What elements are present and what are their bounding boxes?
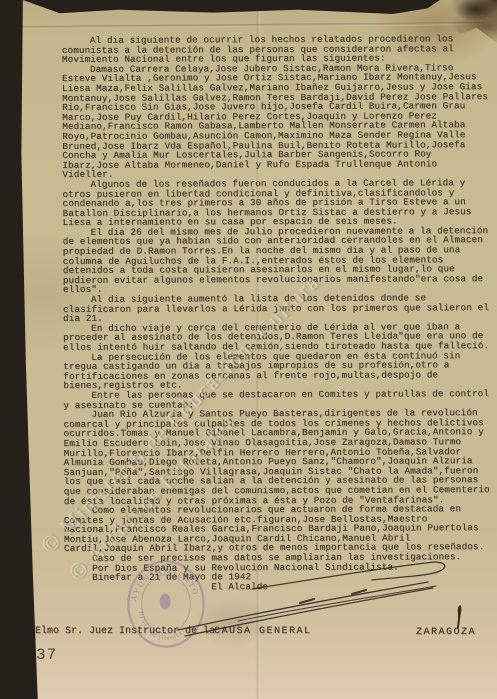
document-page: Al dia siguiente de ocurrir los hechos r… — [0, 0, 497, 699]
ayuntamiento-stamp: AYUNTAMIENTO BINEFAR (Huesca) — [124, 558, 208, 650]
paper-crease — [18, 22, 484, 29]
stamp-center-blob — [160, 594, 171, 610]
footer-cause-general: CAUSA GENERAL — [214, 626, 312, 637]
typed-paragraph: Al dia siguiente aumentó la lista de los… — [63, 293, 494, 324]
stamp-arc-bottom-text: BINEFAR (Huesca) — [137, 611, 186, 642]
typed-paragraph: Al dia siguiente de ocurrir los hechos r… — [62, 34, 493, 65]
ink-blot — [455, 604, 464, 630]
footer-city: ZARAGOZA — [416, 627, 476, 638]
document-body: Al dia siguiente de ocurrir los hechos r… — [62, 34, 495, 592]
page-number: 37 — [36, 646, 57, 664]
typed-paragraph: Como elementos revolucionarios que actua… — [64, 504, 495, 554]
typed-paragraph: La persecución de los elementos que qued… — [63, 351, 494, 391]
typed-paragraph: En dicho viaje y cerca del cementerio de… — [63, 322, 494, 353]
typed-paragraph: Juan Rio Alzuria y Santos Pueyo Basteras… — [63, 408, 494, 506]
signature-stroke — [300, 590, 366, 603]
svg-text:BINEFAR (Huesca): BINEFAR (Huesca) — [137, 611, 186, 642]
scanned-document-photo: Al dia siguiente de ocurrir los hechos r… — [0, 0, 497, 699]
typed-paragraph: El dia 26 del mismo mes de Julio procedi… — [63, 226, 494, 295]
typed-paragraph: Damaso Carrera Celaya,Jose Jubero Sistac… — [62, 63, 493, 180]
typed-paragraph: Algunos de los reseñados fueron conducid… — [62, 178, 493, 228]
